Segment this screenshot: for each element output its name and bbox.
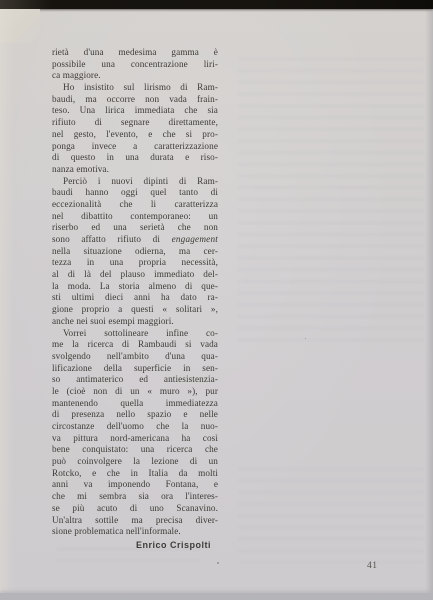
text-line: nel dibattito contemporaneo: un (52, 211, 218, 223)
scanned-book-page: rietà d'una medesima gamma èpossibile un… (0, 0, 433, 600)
text-line: rietà d'una medesima gamma è (52, 47, 218, 59)
paragraph: Vorrei sottolineare infine co-me la rice… (52, 328, 218, 538)
text-line: riserbo ed una serietà che non (52, 222, 218, 234)
author-signature: Enrico Crispolti (136, 540, 211, 550)
paragraph: Perciò i nuovi dipinti di Ram-baudi hann… (52, 176, 218, 328)
text-line: Perciò i nuovi dipinti di Ram- (52, 176, 218, 188)
text-line: Ho insistito sul lirismo di Ram- (52, 82, 218, 94)
text-line: svolgendo nell'ambito d'una qua- (52, 351, 218, 363)
text-line: se più acuto di uno Scanavino. (52, 503, 218, 515)
scan-bottom-edge (0, 593, 433, 600)
dust-speck (217, 562, 219, 564)
dust-speck (305, 338, 306, 339)
paragraph: Ho insistito sul lirismo di Ram-baudi, m… (52, 82, 218, 176)
showthrough-text-left-bottom (56, 548, 201, 564)
text-line: rifiuto di segnare direttamente, (52, 117, 218, 129)
text-line: bene conquistato: una ricerca che (52, 444, 218, 456)
text-line: anni va imponendo Fontana, e (52, 479, 218, 491)
text-line: nella situazione odierna, ma cer- (52, 246, 218, 258)
left-edge-highlight (0, 9, 14, 594)
text-line: che mi sembra sia ora l'interes- (52, 491, 218, 503)
text-line: Vorrei sottolineare infine co- (52, 328, 218, 340)
text-line: ponga invece a caratterizzazione (52, 141, 218, 153)
text-line: può coinvolgere la lezione di un (52, 456, 218, 468)
text-line: ca maggiore. (52, 70, 218, 82)
text-line: circostanze dell'uomo che la nuo- (52, 421, 218, 433)
text-line: teso. Una lirica immediata che sia (52, 105, 218, 117)
text-line: anche nei suoi esempi maggiori. (52, 316, 218, 328)
page-number: 41 (367, 561, 378, 571)
text-line: di presenza nello spazio e nelle (52, 409, 218, 421)
text-line: tezza in una propria necessità, (52, 257, 218, 269)
paragraph: rietà d'una medesima gamma èpossibile un… (52, 47, 218, 82)
text-line: possibile una concentrazione liri- (52, 59, 218, 71)
text-line: lificazione della superficie in sen- (52, 363, 218, 375)
text-line: nel gesto, l'evento, e che si pro- (52, 129, 218, 141)
text-line: Un'altra sottile ma precisa diver- (52, 515, 218, 527)
text-line: nanza emotiva. (52, 164, 218, 176)
text-line: Rotcko, e che in Italia da molti (52, 468, 218, 480)
text-line: so antimaterico ed antiesistenzia- (52, 374, 218, 386)
text-block: rietà d'una medesima gamma èpossibile un… (52, 47, 218, 538)
showthrough-text-right-lower (238, 468, 424, 563)
showthrough-text-right-upper (238, 58, 424, 348)
text-line: le (cioè non di un « muro »), pur (52, 386, 218, 398)
text-line: baudi, ma occorre non vada frain- (52, 94, 218, 106)
text-line: sione problematica nell'informale. (52, 526, 218, 538)
text-line: mantenendo quella immediatezza (52, 398, 218, 410)
text-line: al di là del plauso immediato del- (52, 269, 218, 281)
scan-top-edge (0, 0, 433, 9)
text-line: di questo in una durata e riso- (52, 152, 218, 164)
text-line: sti ultimi dieci anni ha dato ra- (52, 292, 218, 304)
text-line: me la ricerca di Rambaudi si vada (52, 339, 218, 351)
text-line: va pittura nord-americana ha così (52, 433, 218, 445)
right-edge-shadow (425, 9, 433, 594)
text-line: gione proprio a questi « solitari », (52, 304, 218, 316)
text-line: la moda. La storia almeno di que- (52, 281, 218, 293)
text-line: eccezionalità che li caratterizza (52, 199, 218, 211)
text-line: sono affatto rifiuto di engagement (52, 234, 218, 246)
text-line: baudi hanno oggi quel tanto di (52, 187, 218, 199)
